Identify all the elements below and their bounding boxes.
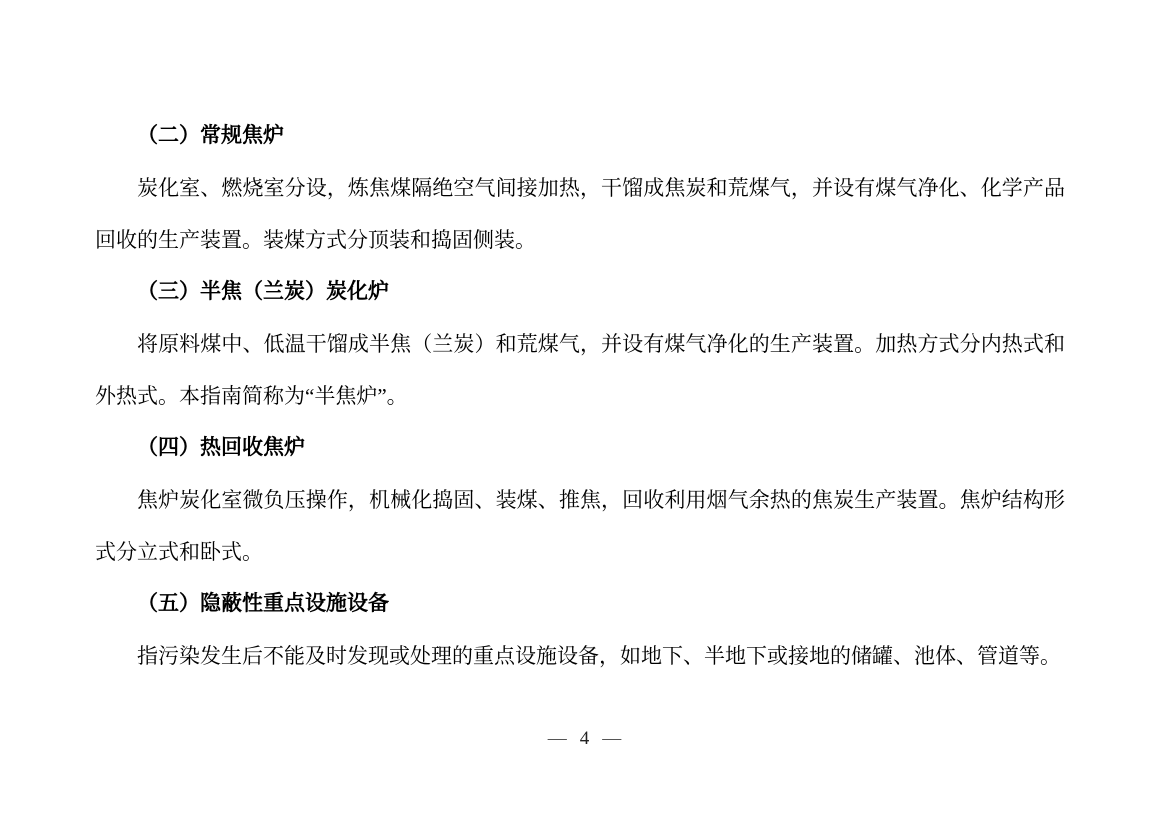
section-semi-coke-carbonization-furnace: （三）半焦（兰炭）炭化炉 将原料煤中、低温干馏成半焦（兰炭）和荒煤气，并设有煤气… — [95, 266, 1065, 422]
footer-dash-right: — — [602, 728, 621, 749]
section-heading-conventional-coke-oven: （二）常规焦炉 — [95, 110, 1065, 162]
section-heading-heat-recovery-coke-oven: （四）热回收焦炉 — [95, 422, 1065, 474]
section-paragraph-conventional-coke-oven: 炭化室、燃烧室分设，炼焦煤隔绝空气间接加热，干馏成焦炭和荒煤气，并设有煤气净化、… — [95, 162, 1065, 266]
section-concealed-key-facilities: （五）隐蔽性重点设施设备 指污染发生后不能及时发现或处理的重点设施设备，如地下、… — [95, 578, 1065, 682]
section-heat-recovery-coke-oven: （四）热回收焦炉 焦炉炭化室微负压操作，机械化捣固、装煤、推焦，回收利用烟气余热… — [95, 422, 1065, 578]
section-heading-concealed-key-facilities: （五）隐蔽性重点设施设备 — [95, 578, 1065, 630]
page-number: 4 — [580, 728, 590, 749]
section-heading-semi-coke-carbonization-furnace: （三）半焦（兰炭）炭化炉 — [95, 266, 1065, 318]
document-body: （二）常规焦炉 炭化室、燃烧室分设，炼焦煤隔绝空气间接加热，干馏成焦炭和荒煤气，… — [95, 110, 1065, 682]
section-paragraph-semi-coke-carbonization-furnace: 将原料煤中、低温干馏成半焦（兰炭）和荒煤气，并设有煤气净化的生产装置。加热方式分… — [95, 318, 1065, 422]
section-paragraph-concealed-key-facilities: 指污染发生后不能及时发现或处理的重点设施设备，如地下、半地下或接地的储罐、池体、… — [95, 630, 1065, 682]
footer-dash-left: — — [548, 728, 567, 749]
document-page: （二）常规焦炉 炭化室、燃烧室分设，炼焦煤隔绝空气间接加热，干馏成焦炭和荒煤气，… — [0, 0, 1169, 826]
section-conventional-coke-oven: （二）常规焦炉 炭化室、燃烧室分设，炼焦煤隔绝空气间接加热，干馏成焦炭和荒煤气，… — [95, 110, 1065, 266]
section-paragraph-heat-recovery-coke-oven: 焦炉炭化室微负压操作，机械化捣固、装煤、推焦，回收利用烟气余热的焦炭生产装置。焦… — [95, 474, 1065, 578]
page-footer: —4— — [0, 726, 1169, 752]
